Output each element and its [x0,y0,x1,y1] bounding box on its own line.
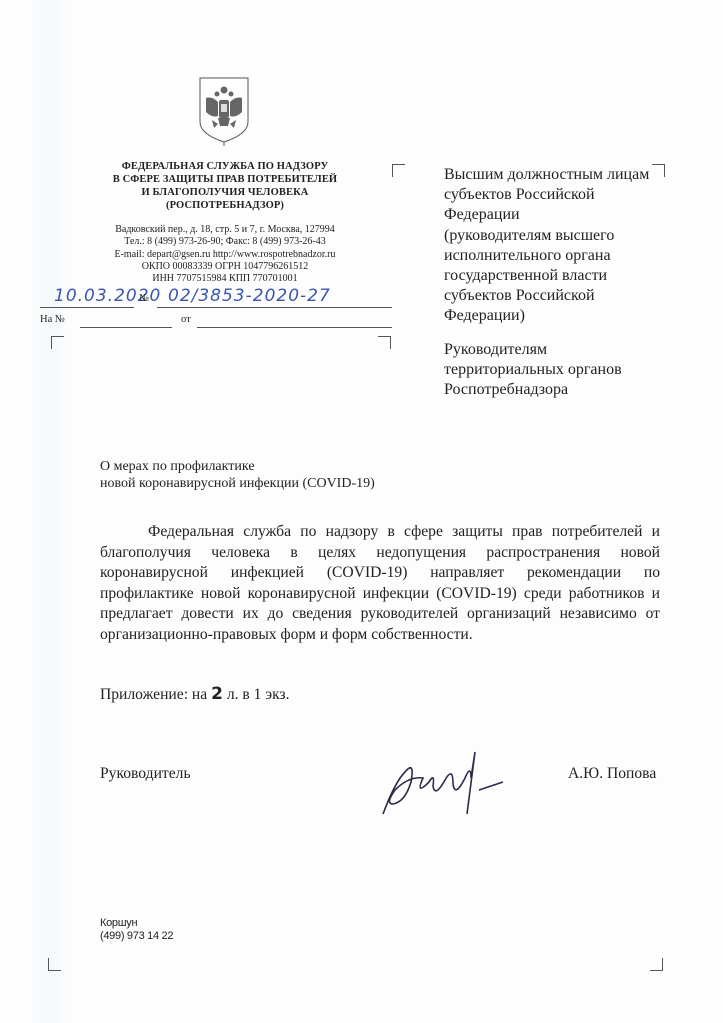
corner-mark [392,164,405,177]
appendix-page-count: 2 [211,684,223,704]
number-label: № [139,293,149,304]
email-website: E-mail: depart@gsen.ru http://www.rospot… [80,249,370,261]
registration-number: 02/3853-2020-27 [168,286,331,306]
executor-phone: (499) 973 14 22 [100,930,173,943]
corner-mark [650,958,663,971]
address: Вадковский пер., д. 18, стр. 5 и 7, г. М… [80,224,370,236]
okpo-ogrn: ОКПО 00083339 ОГРН 1047796261512 [80,261,370,273]
letter-body: Федеральная служба по надзору в сфере за… [100,522,660,646]
org-name-line: ФЕДЕРАЛЬНАЯ СЛУЖБА ПО НАДЗОРУ [95,160,355,173]
addressee-secondary: Руководителям территориальных органов Ро… [444,340,684,401]
signatory-name: А.Ю. Попова [568,765,656,783]
letter-subject: О мерах по профилактике новой коронавиру… [100,458,420,492]
executor-info: Коршун (499) 973 14 22 [100,917,173,943]
reference-row: На № от [40,312,392,330]
ref-number-label: На № [40,314,65,325]
phone-fax: Тел.: 8 (499) 973-26-90; Факс: 8 (499) 9… [80,236,370,248]
org-name-line: И БЛАГОПОЛУЧИЯ ЧЕЛОВЕКА [95,186,355,199]
appendix-note: Приложение: на 2 л. в 1 экз. [100,684,290,704]
handwritten-signature-icon [375,742,515,822]
scan-artifact [30,0,70,1023]
organization-name: ФЕДЕРАЛЬНАЯ СЛУЖБА ПО НАДЗОРУ В СФЕРЕ ЗА… [95,160,355,212]
date-underline [40,307,134,308]
corner-mark [378,336,391,349]
signatory-title: Руководитель [100,765,191,783]
executor-name: Коршун [100,917,173,930]
ref-from-label: от [181,314,191,325]
corner-mark [51,336,64,349]
org-name-line: (РОСПОТРЕБНАДЗОР) [95,199,355,212]
registration-row: 10.03.2020 № 02/3853-2020-27 [40,288,392,308]
organization-contacts: Вадковский пер., д. 18, стр. 5 и 7, г. М… [80,224,370,285]
coat-of-arms-icon [198,76,250,146]
corner-mark [48,958,61,971]
inn-kpp: ИНН 7707515984 КПП 770701001 [80,273,370,285]
addressee-primary: Высшим должностным лицам субъектов Росси… [444,165,684,327]
ref-from-field [197,327,392,328]
ref-number-field [80,327,172,328]
org-name-line: В СФЕРЕ ЗАЩИТЫ ПРАВ ПОТРЕБИТЕЛЕЙ [95,173,355,186]
number-underline [157,307,392,308]
